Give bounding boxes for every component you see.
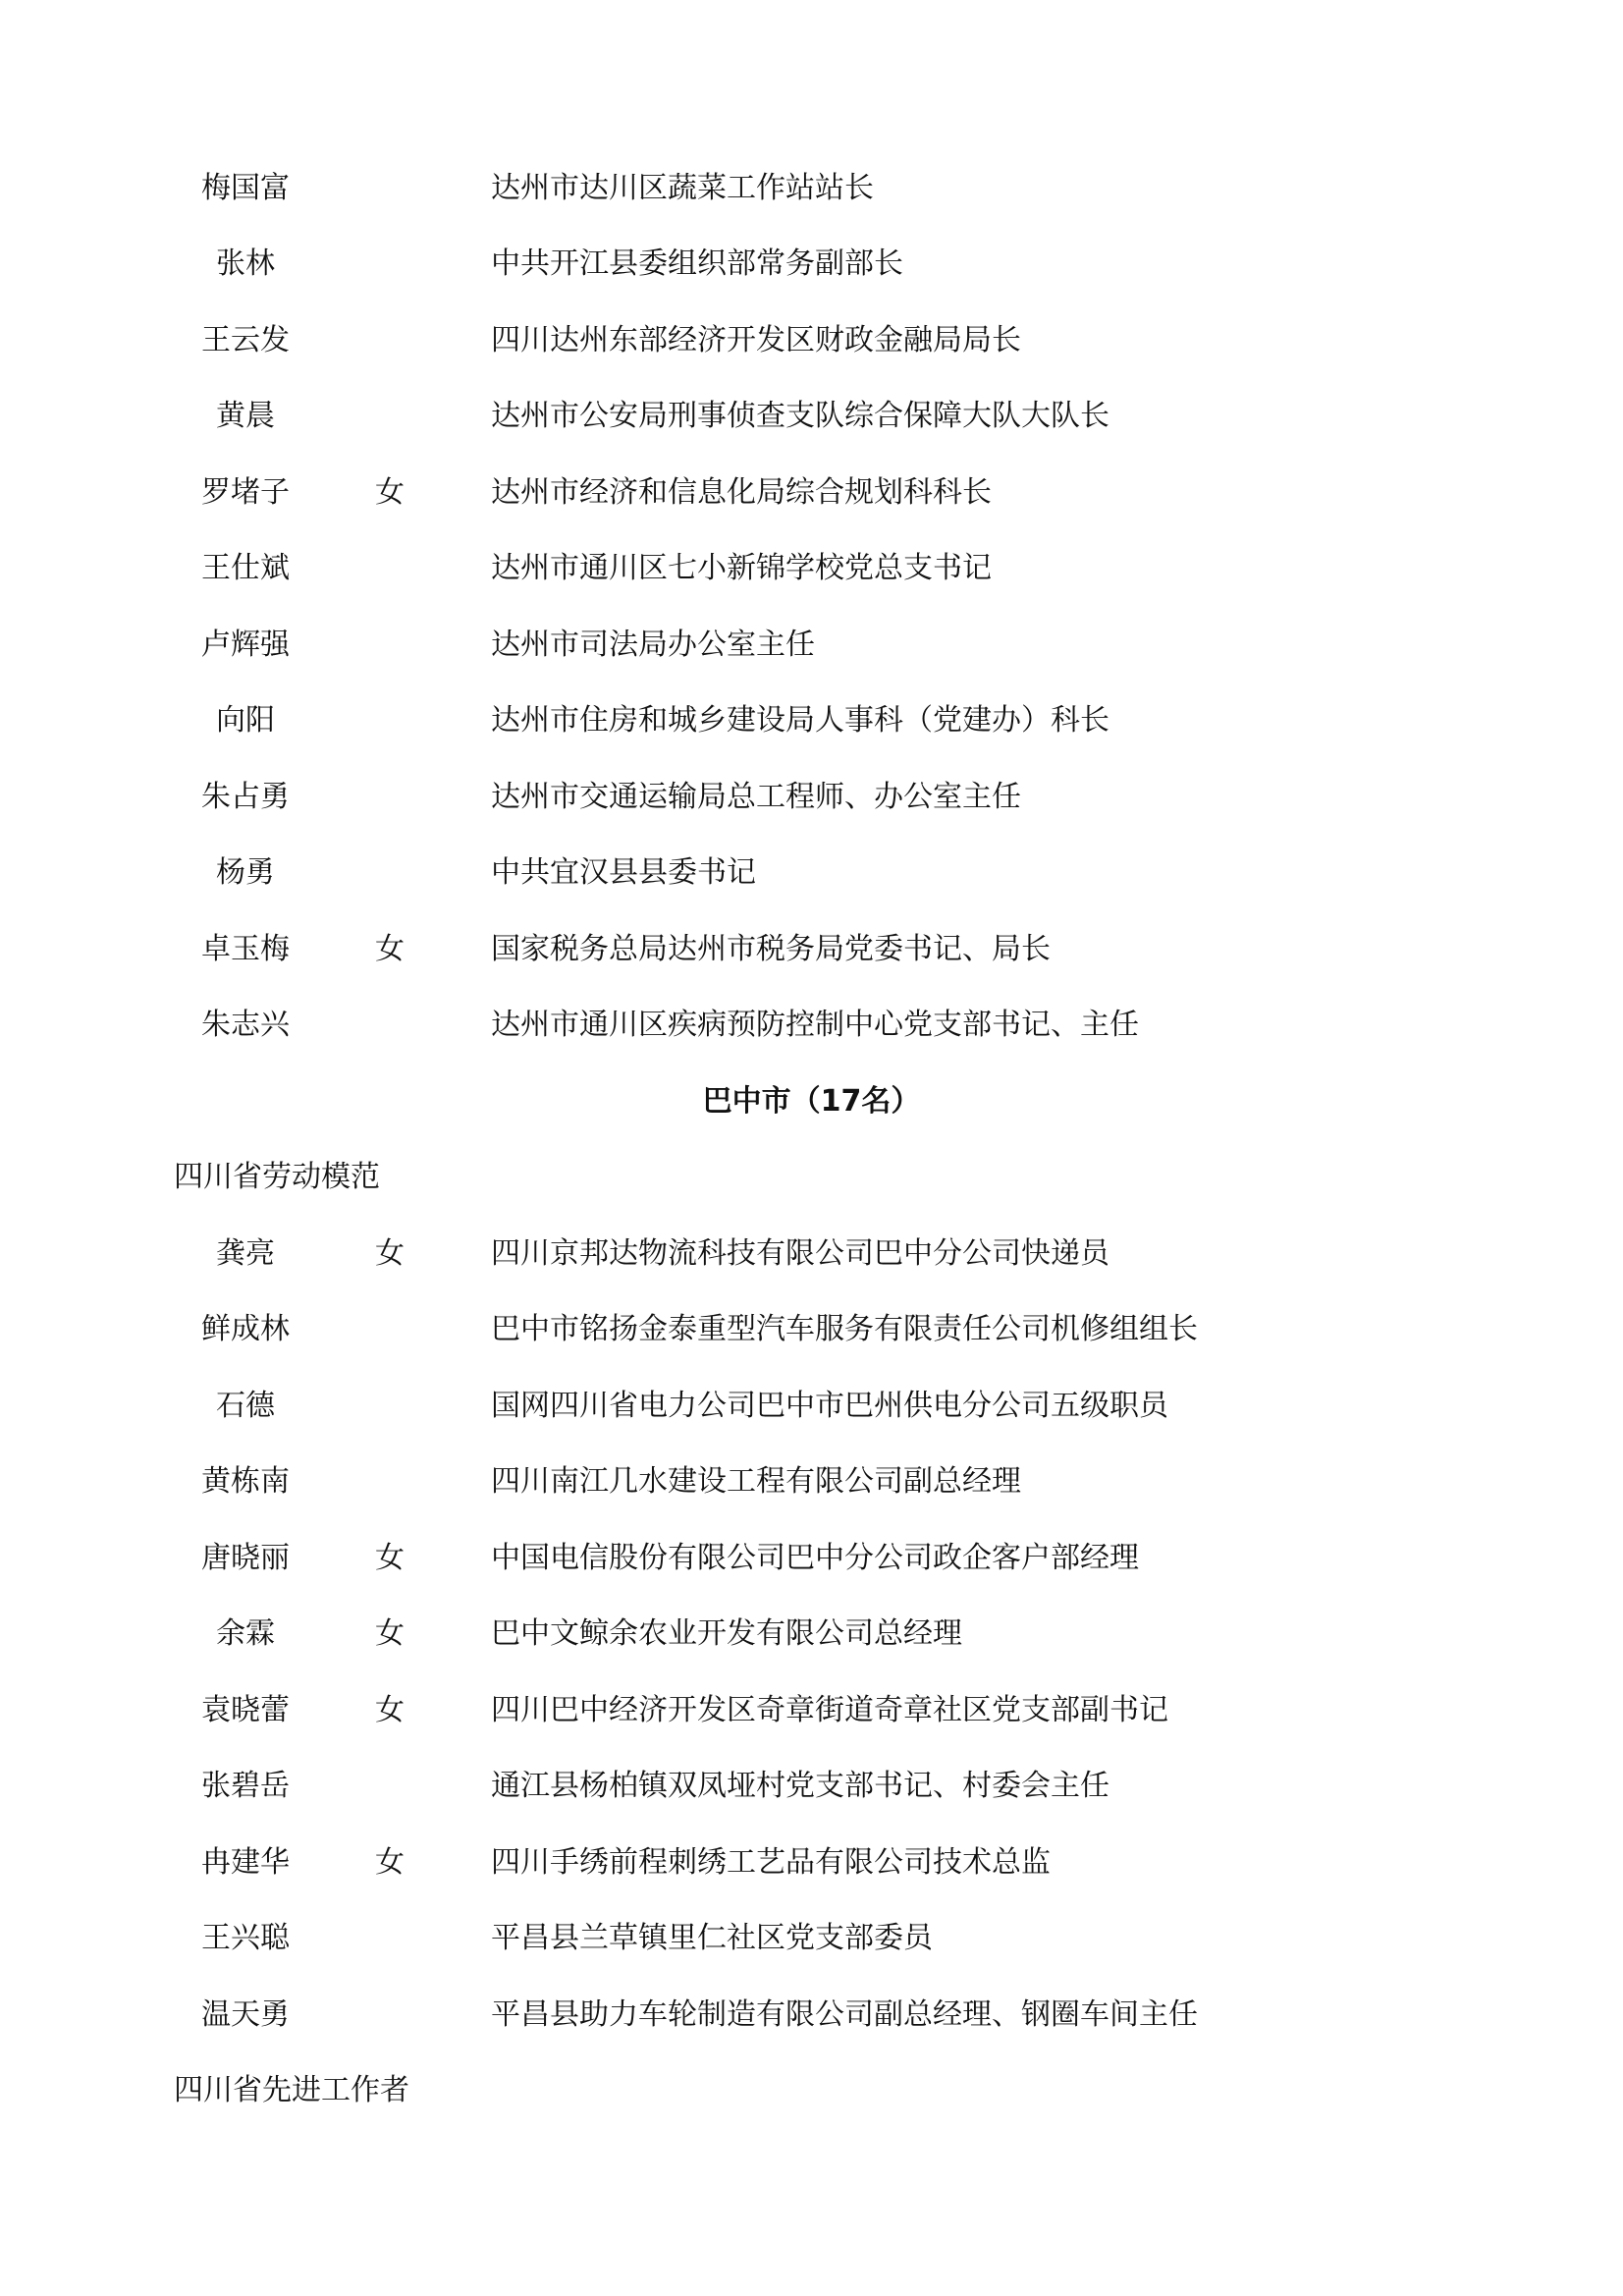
honoree-title: 中共开江县委组织部常务副部长 (491, 235, 903, 294)
honoree-name: 余霖 (194, 1605, 297, 1664)
honoree-name: 张林 (194, 235, 297, 294)
honoree-title: 四川京邦达物流科技有限公司巴中分公司快递员 (491, 1225, 1109, 1284)
honoree-name: 袁晓蕾 (194, 1681, 297, 1740)
honoree-title: 达州市通川区疾病预防控制中心党支部书记、主任 (491, 996, 1139, 1055)
honoree-name: 梅国富 (194, 159, 297, 218)
honoree-title: 达州市交通运输局总工程师、办公室主任 (491, 768, 1021, 827)
honoree-title: 达州市通川区七小新锦学校党总支书记 (491, 539, 992, 598)
honoree-name: 温天勇 (194, 1986, 297, 2045)
honoree-gender: 女 (373, 1681, 406, 1740)
honoree-name: 杨勇 (194, 844, 297, 902)
list-item: 石德 国网四川省电力公司巴中市巴州供电分公司五级职员 (0, 1377, 1623, 1436)
list-item: 杨勇 中共宜汉县县委书记 (0, 844, 1623, 902)
honoree-name: 鲜成林 (194, 1300, 297, 1359)
honoree-title: 巴中文鲸余农业开发有限公司总经理 (491, 1605, 962, 1664)
honoree-title: 达州市司法局办公室主任 (491, 616, 815, 675)
honoree-title: 中共宜汉县县委书记 (491, 844, 756, 902)
honoree-name: 朱占勇 (194, 768, 297, 827)
honoree-name: 王兴聪 (194, 1909, 297, 1968)
honoree-title: 巴中市铭扬金泰重型汽车服务有限责任公司机修组组长 (491, 1300, 1198, 1359)
honoree-name: 唐晓丽 (194, 1529, 297, 1588)
list-item: 向阳 达州市住房和城乡建设局人事科（党建办）科长 (0, 691, 1623, 750)
honoree-name: 王云发 (194, 311, 297, 370)
section-heading-labor-model: 四川省劳动模范 (174, 1148, 380, 1207)
honoree-title: 达州市公安局刑事侦查支队综合保障大队大队长 (491, 387, 1109, 446)
list-item: 王仕斌 达州市通川区七小新锦学校党总支书记 (0, 539, 1623, 598)
list-item: 卢辉强 达州市司法局办公室主任 (0, 616, 1623, 675)
list-item: 卓玉梅 女 国家税务总局达州市税务局党委书记、局长 (0, 920, 1623, 979)
honoree-title: 四川手绣前程刺绣工艺品有限公司技术总监 (491, 1833, 1051, 1892)
section-heading-advanced-worker: 四川省先进工作者 (174, 2061, 409, 2120)
honoree-title: 四川达州东部经济开发区财政金融局局长 (491, 311, 1021, 370)
honoree-title: 国网四川省电力公司巴中市巴州供电分公司五级职员 (491, 1377, 1168, 1436)
list-item: 余霖 女 巴中文鲸余农业开发有限公司总经理 (0, 1605, 1623, 1664)
list-item: 张林 中共开江县委组织部常务副部长 (0, 235, 1623, 294)
honoree-name: 卢辉强 (194, 616, 297, 675)
honoree-name: 石德 (194, 1377, 297, 1436)
list-item: 张碧岳 通江县杨柏镇双凤垭村党支部书记、村委会主任 (0, 1757, 1623, 1816)
honoree-title: 平昌县兰草镇里仁社区党支部委员 (491, 1909, 933, 1968)
list-item: 唐晓丽 女 中国电信股份有限公司巴中分公司政企客户部经理 (0, 1529, 1623, 1588)
city-heading-bazhong: 巴中市（17名） (0, 1072, 1623, 1131)
honoree-name: 卓玉梅 (194, 920, 297, 979)
list-item: 王兴聪 平昌县兰草镇里仁社区党支部委员 (0, 1909, 1623, 1968)
list-item: 梅国富 达州市达川区蔬菜工作站站长 (0, 159, 1623, 218)
list-item: 龚亮 女 四川京邦达物流科技有限公司巴中分公司快递员 (0, 1225, 1623, 1284)
honoree-title: 四川南江几水建设工程有限公司副总经理 (491, 1452, 1021, 1511)
honoree-name: 朱志兴 (194, 996, 297, 1055)
list-item: 袁晓蕾 女 四川巴中经济开发区奇章街道奇章社区党支部副书记 (0, 1681, 1623, 1740)
honoree-title: 四川巴中经济开发区奇章街道奇章社区党支部副书记 (491, 1681, 1168, 1740)
honoree-name: 罗堵子 (194, 464, 297, 522)
honoree-gender: 女 (373, 1605, 406, 1664)
list-item: 温天勇 平昌县助力车轮制造有限公司副总经理、钢圈车间主任 (0, 1986, 1623, 2045)
honoree-gender: 女 (373, 464, 406, 522)
honoree-title: 通江县杨柏镇双凤垭村党支部书记、村委会主任 (491, 1757, 1109, 1816)
honoree-title: 中国电信股份有限公司巴中分公司政企客户部经理 (491, 1529, 1139, 1588)
list-item: 罗堵子 女 达州市经济和信息化局综合规划科科长 (0, 464, 1623, 522)
honoree-name: 向阳 (194, 691, 297, 750)
honoree-gender: 女 (373, 1833, 406, 1892)
list-item: 朱占勇 达州市交通运输局总工程师、办公室主任 (0, 768, 1623, 827)
list-item: 王云发 四川达州东部经济开发区财政金融局局长 (0, 311, 1623, 370)
honoree-title: 平昌县助力车轮制造有限公司副总经理、钢圈车间主任 (491, 1986, 1198, 2045)
honoree-name: 王仕斌 (194, 539, 297, 598)
honoree-title: 达州市达川区蔬菜工作站站长 (491, 159, 874, 218)
honoree-title: 达州市经济和信息化局综合规划科科长 (491, 464, 992, 522)
honoree-gender: 女 (373, 920, 406, 979)
honoree-name: 龚亮 (194, 1225, 297, 1284)
list-item: 黄栋南 四川南江几水建设工程有限公司副总经理 (0, 1452, 1623, 1511)
honoree-name: 黄栋南 (194, 1452, 297, 1511)
honoree-title: 国家税务总局达州市税务局党委书记、局长 (491, 920, 1051, 979)
list-item: 鲜成林 巴中市铭扬金泰重型汽车服务有限责任公司机修组组长 (0, 1300, 1623, 1359)
list-item: 黄晨 达州市公安局刑事侦查支队综合保障大队大队长 (0, 387, 1623, 446)
honoree-gender: 女 (373, 1225, 406, 1284)
honoree-name: 张碧岳 (194, 1757, 297, 1816)
honoree-title: 达州市住房和城乡建设局人事科（党建办）科长 (491, 691, 1109, 750)
list-item: 冉建华 女 四川手绣前程刺绣工艺品有限公司技术总监 (0, 1833, 1623, 1892)
honoree-name: 黄晨 (194, 387, 297, 446)
list-item: 朱志兴 达州市通川区疾病预防控制中心党支部书记、主任 (0, 996, 1623, 1055)
honoree-gender: 女 (373, 1529, 406, 1588)
honoree-name: 冉建华 (194, 1833, 297, 1892)
